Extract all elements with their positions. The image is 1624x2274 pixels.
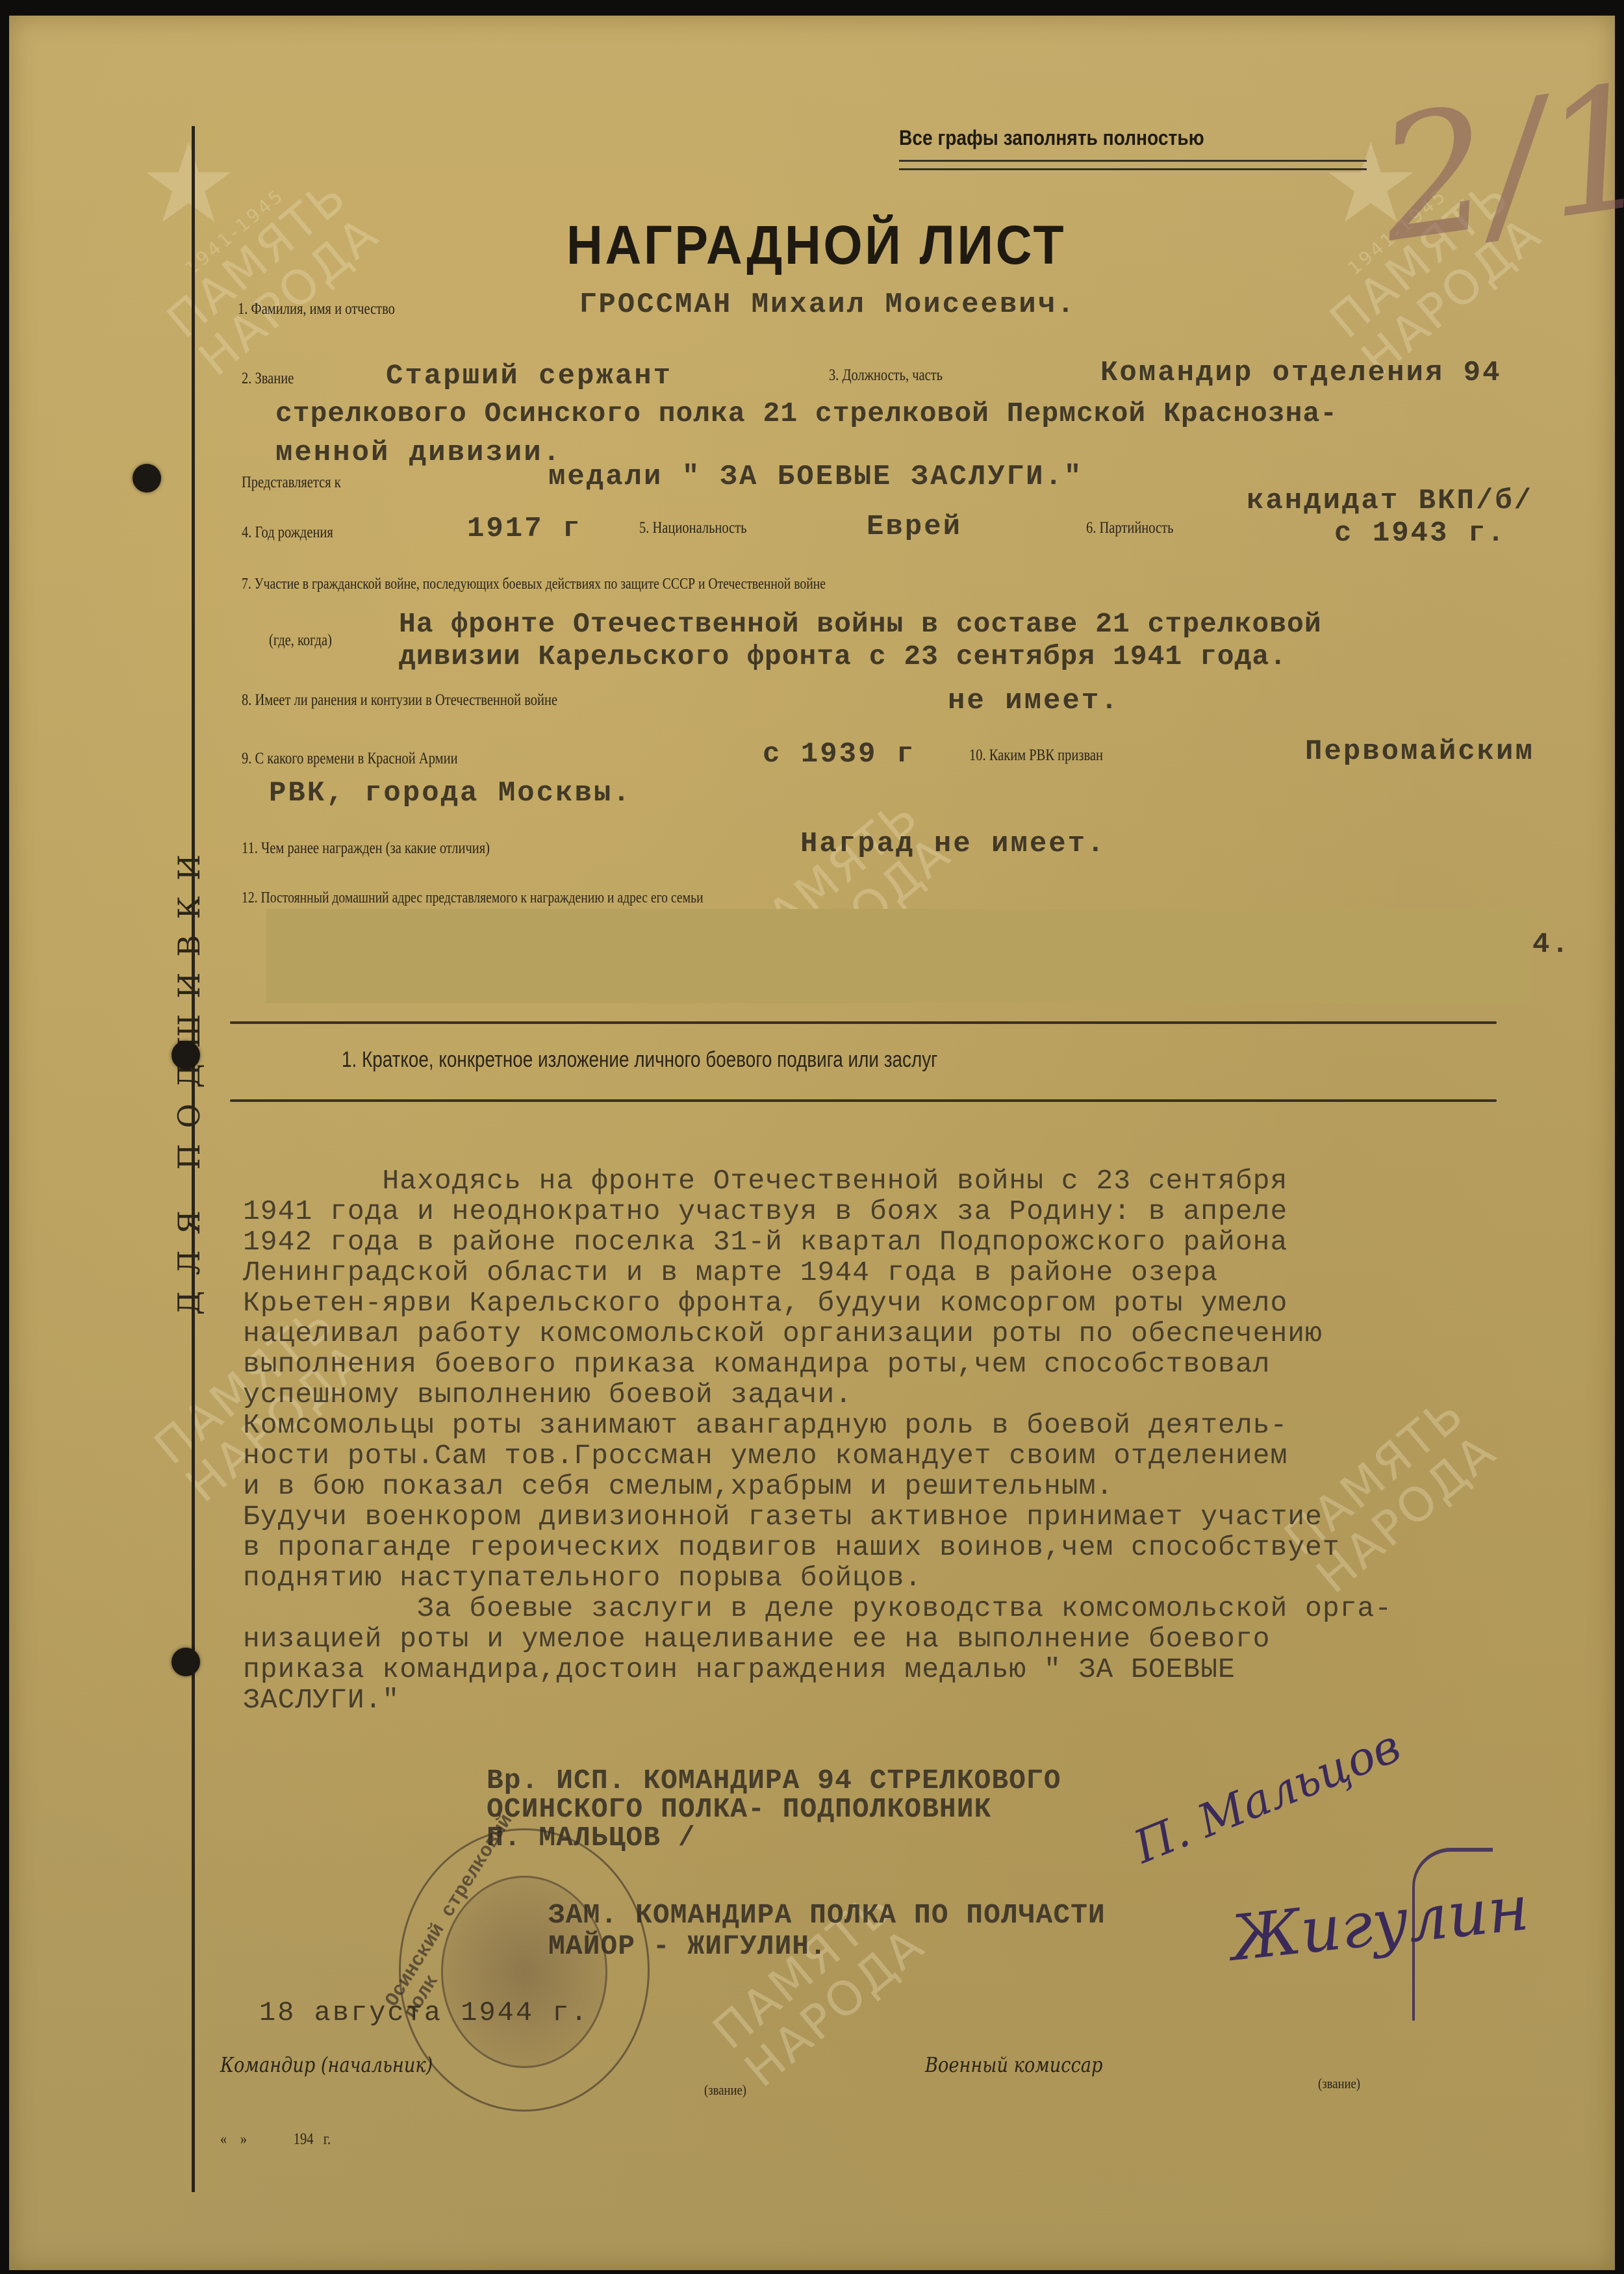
section-divider-bottom [230, 1099, 1497, 1102]
archive-number-handwritten: 2/1/1 [1368, 25, 1624, 281]
nomination-label: Представляется к [242, 474, 341, 492]
commissar-caption: Военный комиссар [925, 2052, 1102, 2077]
commander-caption: Командир (начальник) [220, 2052, 433, 2077]
field-7-value-line2: дивизии Карельского фронта с 23 сентября… [399, 641, 1287, 672]
body-line: низацией роты и умелое нацеливание ее на… [243, 1624, 1392, 1654]
field-6-label: 6. Партийность [1086, 519, 1173, 537]
commander-handwritten-signature: П. Мальцов [1126, 1719, 1408, 1874]
body-line: ности роты.Сам тов.Гроссман умело команд… [243, 1440, 1392, 1471]
body-line: ЗАСЛУГИ." [243, 1685, 1392, 1715]
field-9-value: с 1939 г [763, 738, 915, 771]
body-line: поднятию наступательного порыва бойцов. [243, 1563, 1392, 1593]
field-8-value: не имеет. [948, 685, 1120, 717]
rank-caption-right: (звание) [1318, 2075, 1360, 2092]
section-1-heading: 1. Краткое, конкретное изложение личного… [342, 1047, 937, 1073]
field-2-value: Старший сержант [386, 360, 672, 392]
field-3-label: 3. Должность, часть [829, 366, 943, 385]
body-line: успешному выполнению боевой задачи. [243, 1379, 1392, 1410]
punch-hole [133, 464, 161, 492]
field-11-value: Наград не имеет. [800, 828, 1106, 860]
award-sheet-paper: ★ 1941-1945 ПАМЯТЬ НАРОДА ★ 1941-1945 ПА… [9, 16, 1615, 2270]
field-2-label: 2. Звание [242, 370, 294, 388]
body-line: Крьетен-ярви Карельского фронта, будучи … [243, 1288, 1392, 1318]
field-10-value-line1: Первомайским [1305, 735, 1534, 768]
deputy-block-line: ЗАМ. КОМАНДИРА ПОЛКА ПО ПОЛЧАСТИ [548, 1900, 1106, 1931]
body-line: Находясь на фронте Отечественной войны с… [243, 1166, 1392, 1196]
section-divider-top [230, 1021, 1497, 1024]
body-line: нацеливал работу комсомольской организац… [243, 1318, 1392, 1349]
top-note-underline [899, 160, 1367, 170]
body-line: 1941 года и неоднократно участвуя в боях… [243, 1196, 1392, 1227]
regiment-seal: Осинский стрелковый полк [399, 1828, 650, 2112]
field-10-value-line2: РВК, города Москвы. [269, 777, 632, 810]
rank-caption-left: (звание) [704, 2082, 746, 2099]
commander-block-line: ОСИНСКОГО ПОЛКА- ПОДПОЛКОВНИК [487, 1795, 1061, 1824]
commander-block-line: Вр. ИСП. КОМАНДИРА 94 СТРЕЛКОВОГО [487, 1767, 1061, 1795]
field-11-label: 11. Чем ранее награжден (за какие отличи… [242, 839, 490, 858]
section-1-body: Находясь на фронте Отечественной войны с… [243, 1166, 1392, 1715]
body-line: За боевые заслуги в деле руководства ком… [243, 1593, 1392, 1624]
address-redaction [266, 909, 1530, 1003]
body-line: Ленинградской области и в марте 1944 год… [243, 1257, 1392, 1288]
field-4-label: 4. Год рождения [242, 524, 333, 542]
field-3-value-line3: менной дивизии. [275, 437, 562, 469]
field-10-label: 10. Каким РВК призван [969, 747, 1103, 765]
fill-all-fields-note: Все графы заполнять полностью [899, 126, 1204, 150]
field-8-label: 8. Имеет ли ранения и контузии в Отечест… [242, 691, 557, 709]
field-6-value-line1: кандидат ВКП/б/ [1247, 485, 1533, 517]
field-5-value: Еврей [867, 511, 962, 543]
field-5-label: 5. Национальность [639, 519, 747, 537]
field-1-value: ГРОССМАН Михаил Моисеевич. [579, 288, 1076, 321]
body-line: в пропаганде героических подвигов наших … [243, 1532, 1392, 1563]
signing-date: 18 августа 1944 г. [259, 1997, 589, 2028]
field-9-label: 9. С какого времени в Красной Армии [242, 750, 458, 768]
field-3-value-line2: стрелкового Осинского полка 21 стрелково… [275, 398, 1338, 429]
field-4-value: 1917 г [467, 513, 581, 545]
deputy-signature-flourish [1412, 1848, 1493, 2021]
field-7-value-line1: На фронте Отечественной войны в составе … [399, 608, 1322, 640]
binding-margin-label: ДЛЯ ПОДШИВКИ [171, 839, 207, 1315]
field-7-sublabel: (где, когда) [269, 632, 332, 650]
field-1-label: 1. Фамилия, имя и отчество [238, 300, 395, 318]
body-line: 1942 года в районе поселка 31-й квартал … [243, 1227, 1392, 1257]
body-line: и в бою показал себя смелым,храбрым и ре… [243, 1471, 1392, 1501]
deputy-block-line: МАЙОР - ЖИГУЛИН. [548, 1931, 1106, 1962]
punch-hole [171, 1648, 200, 1676]
field-7-label: 7. Участие в гражданской войне, последую… [242, 576, 826, 593]
deputy-signature-block: ЗАМ. КОМАНДИРА ПОЛКА ПО ПОЛЧАСТИМАЙОР - … [548, 1900, 1106, 1962]
field-12-label: 12. Постоянный домашний адрес представля… [242, 889, 704, 907]
field-12-value-suffix: 4. [1532, 928, 1571, 961]
body-line: Будучи военкором дивизионной газеты акти… [243, 1501, 1392, 1532]
body-line: выполнения боевого приказа командира рот… [243, 1349, 1392, 1379]
field-6-value-line2: с 1943 г. [1334, 517, 1506, 550]
nomination-value: медали " ЗА БОЕВЫЕ ЗАСЛУГИ." [548, 461, 1083, 493]
body-line: Комсомольцы роты занимают авангардную ро… [243, 1410, 1392, 1440]
field-3-value-line1: Командир отделения 94 [1100, 357, 1502, 389]
punch-hole [171, 1041, 200, 1069]
page-title: НАГРАДНОЙ ЛИСТ [566, 214, 1066, 277]
date-blank: « » 194 г. [220, 2130, 331, 2149]
body-line: приказа командира,достоин награждения ме… [243, 1654, 1392, 1685]
